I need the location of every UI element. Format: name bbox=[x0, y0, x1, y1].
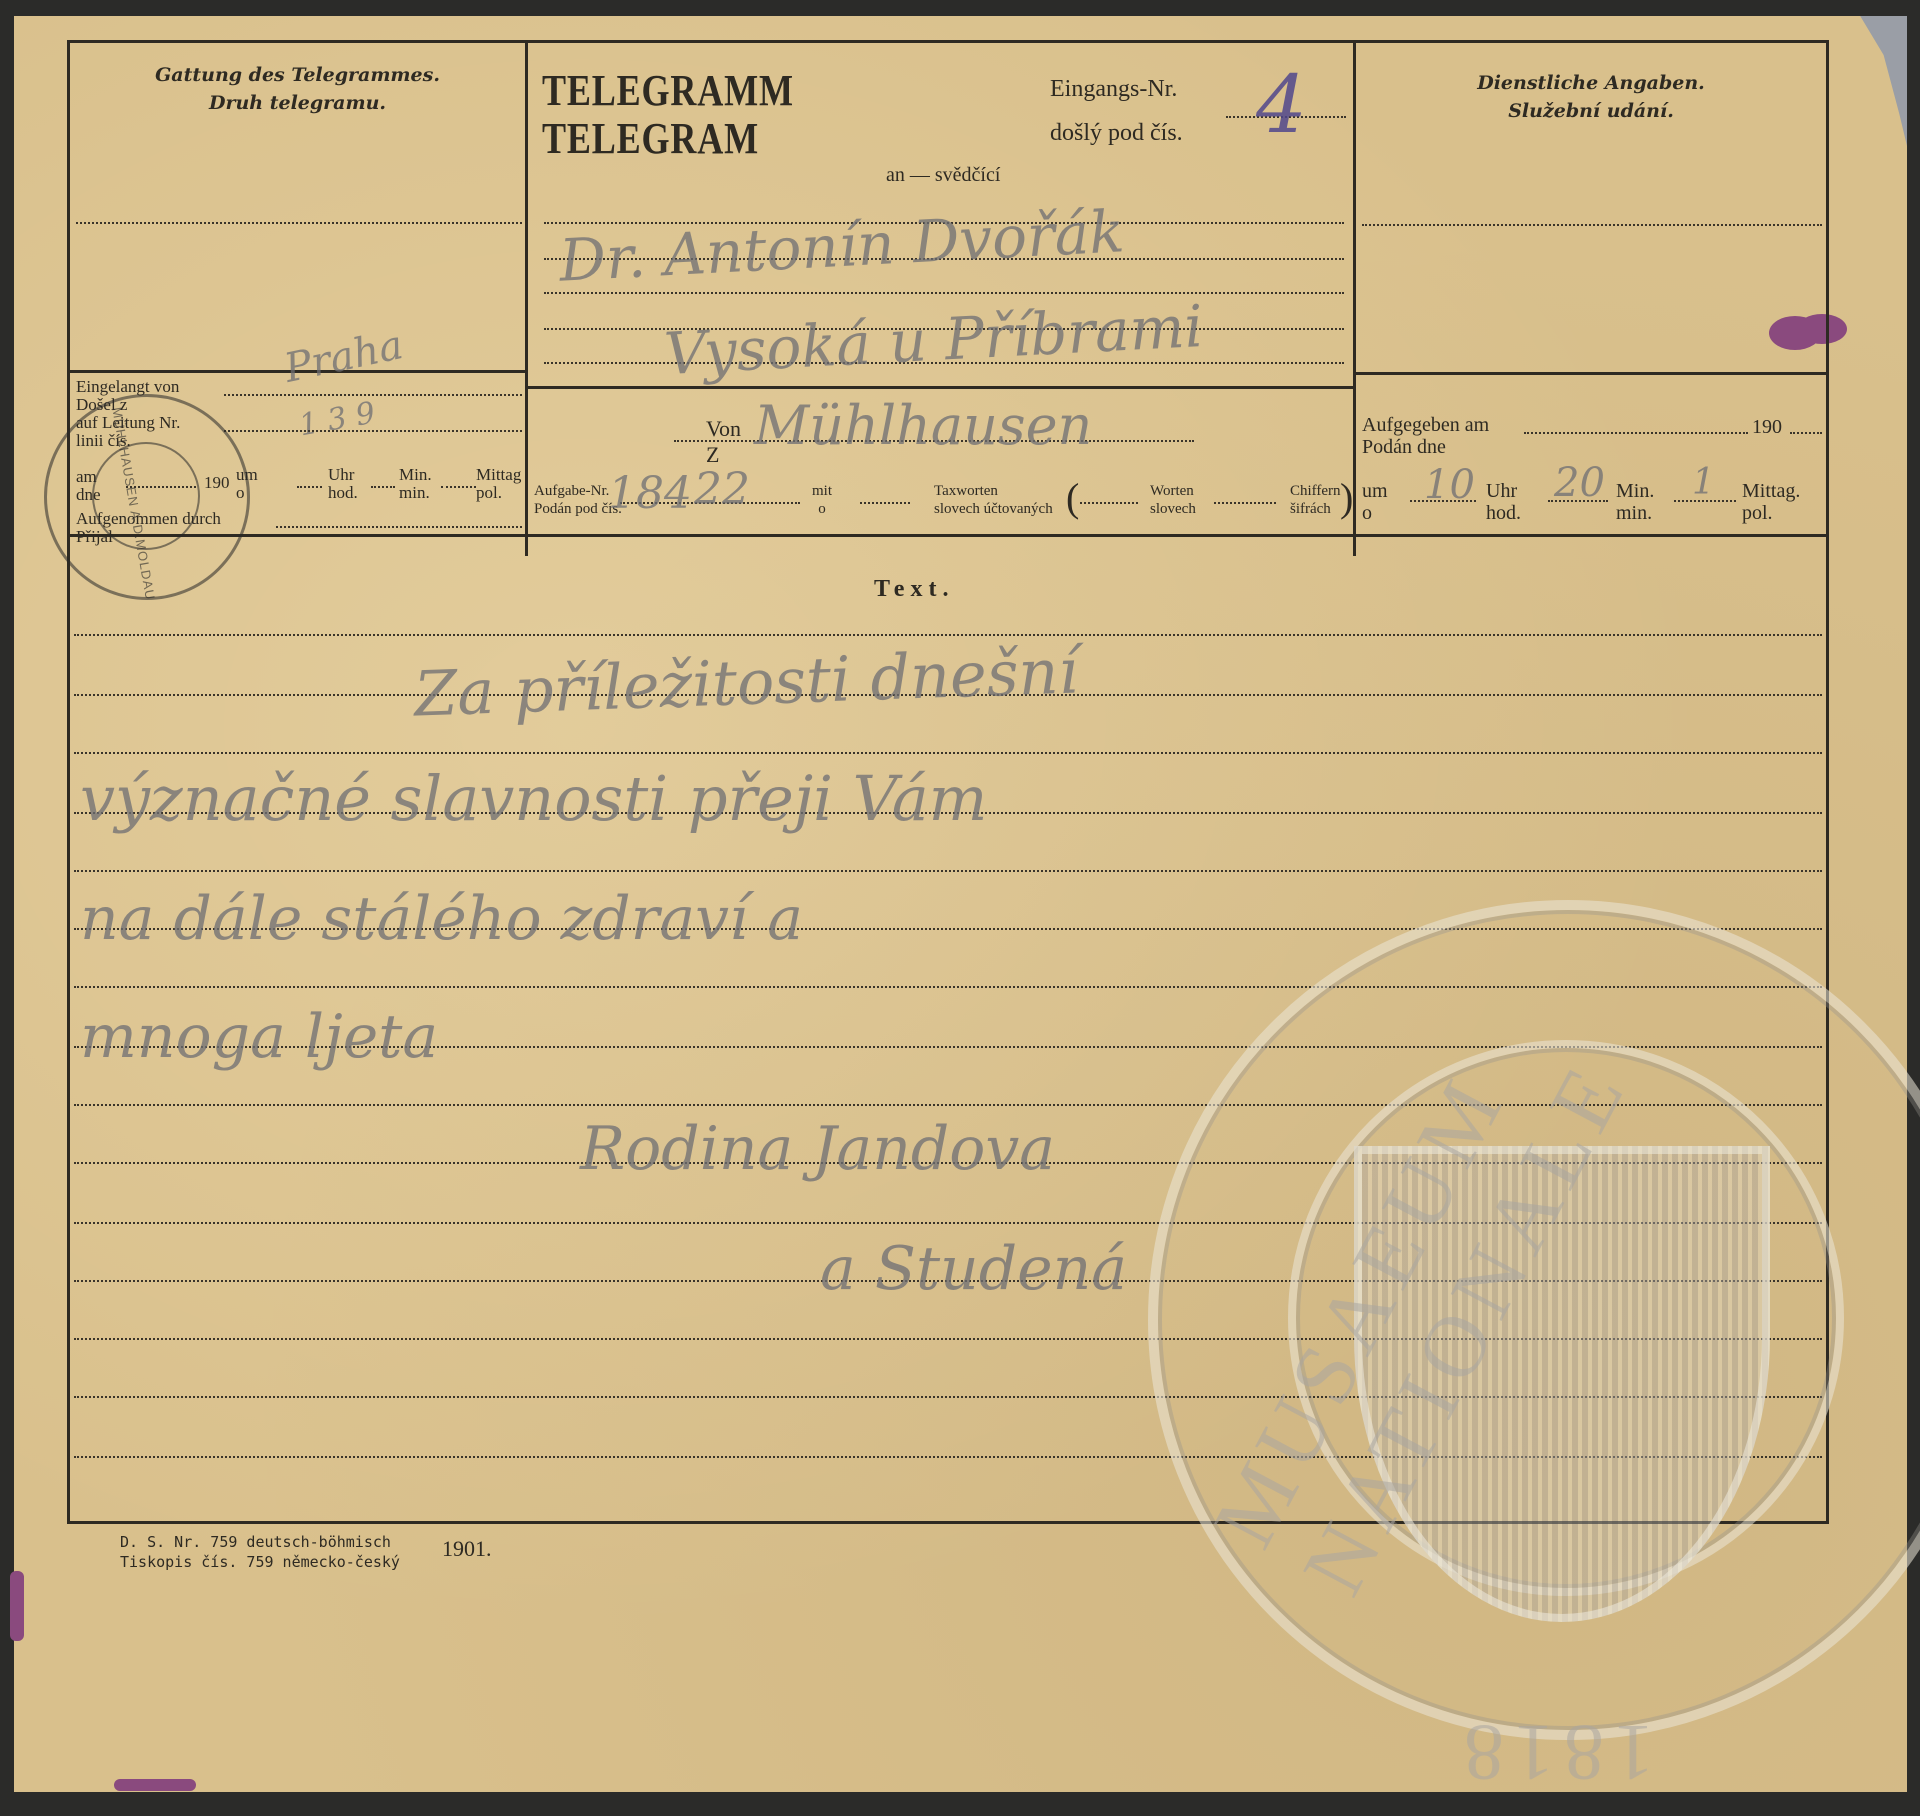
handwritten-noon: 1 bbox=[1692, 462, 1715, 503]
torn-corner bbox=[1855, 16, 1907, 146]
message-line-3[interactable] bbox=[74, 752, 1822, 754]
telegram-type-title-de: Gattung des Telegrammes. bbox=[70, 64, 525, 86]
close-paren: ) bbox=[1340, 478, 1353, 518]
received-from-field[interactable] bbox=[224, 394, 522, 396]
telegram-title-de: TELEGRAMM bbox=[542, 68, 794, 114]
center-section-rule bbox=[525, 386, 1353, 389]
open-paren: ( bbox=[1066, 478, 1079, 518]
handwritten-message-line-2: význačné slavnosti přeji Vám bbox=[80, 762, 987, 835]
handwritten-word-count: 22 bbox=[694, 464, 750, 515]
words-label: Worten slovech bbox=[1150, 482, 1196, 518]
service-notes-title-cs: Služební udání. bbox=[1356, 100, 1826, 122]
form-year: 1901. bbox=[442, 1536, 492, 1562]
message-line-5[interactable] bbox=[74, 870, 1822, 872]
handwritten-message-line-3: na dále stálého zdraví a bbox=[80, 884, 803, 954]
received-time-field[interactable] bbox=[297, 486, 322, 488]
received-by-field[interactable] bbox=[276, 526, 522, 528]
handwritten-minute: 20 bbox=[1554, 460, 1605, 506]
sender-label: Von Z bbox=[706, 416, 741, 468]
museum-seal-year: 1818 bbox=[1454, 1706, 1654, 1797]
received-hour-label: Uhr hod. bbox=[328, 466, 358, 502]
telegram-type-field[interactable] bbox=[76, 222, 522, 224]
form-number-de: D. S. Nr. 759 deutsch-böhmisch bbox=[120, 1533, 391, 1551]
words-field[interactable] bbox=[1080, 502, 1138, 504]
handwritten-sender-place: Mühlhausen bbox=[754, 394, 1092, 457]
received-from-de: Eingelangt von bbox=[76, 377, 179, 396]
handwritten-message-signature: Rodina Jandova bbox=[580, 1114, 1055, 1184]
header-bottom-rule bbox=[67, 534, 1829, 537]
telegram-type-title-cs: Druh telegramu. bbox=[70, 92, 525, 114]
handwritten-hour: 10 bbox=[1424, 462, 1475, 508]
cipher-label: Chiffern šifrách bbox=[1290, 482, 1341, 518]
submitted-year-prefix: 190 bbox=[1752, 416, 1782, 439]
telegram-title-cs: TELEGRAM bbox=[542, 116, 759, 162]
right-section-rule bbox=[1353, 372, 1829, 375]
handwritten-message-signature-place: a Studená bbox=[820, 1234, 1127, 1304]
service-notes-field[interactable] bbox=[1362, 224, 1822, 226]
purple-ink-edge-mark bbox=[114, 1779, 196, 1791]
addressee-label: an — svědčící bbox=[886, 164, 1000, 187]
submitted-date-field[interactable] bbox=[1524, 432, 1748, 434]
with-label: mit o bbox=[812, 482, 832, 518]
form-number: D. S. Nr. 759 deutsch-böhmisch Tiskopis … bbox=[120, 1532, 400, 1572]
handwritten-receipt-number: 4 bbox=[1256, 58, 1307, 151]
message-line-1[interactable] bbox=[74, 634, 1822, 636]
addressee-line-3[interactable] bbox=[544, 292, 1344, 294]
receipt-number-label-cs: došlý pod čís. bbox=[1050, 120, 1183, 147]
submitted-noon-label: Mittag. pol. bbox=[1742, 480, 1800, 524]
text-section-heading: Text. bbox=[874, 576, 954, 603]
submitted-time-label: um o bbox=[1362, 480, 1388, 524]
with-field[interactable] bbox=[860, 502, 910, 504]
received-minute-field[interactable] bbox=[441, 486, 476, 488]
cipher-field[interactable] bbox=[1214, 502, 1276, 504]
received-noon-label: Mittag pol. bbox=[476, 466, 521, 502]
service-notes-title-de: Dienstliche Angaben. bbox=[1356, 72, 1826, 94]
receipt-number-label-de: Eingangs-Nr. bbox=[1050, 76, 1177, 103]
handwritten-dispatch-number: 184 bbox=[608, 468, 692, 519]
received-minute-label: Min. min. bbox=[399, 466, 432, 502]
line-number-field[interactable] bbox=[224, 430, 522, 432]
form-number-cs: Tiskopis čís. 759 německo-český bbox=[120, 1553, 400, 1571]
handwritten-message-line-4: mnoga ljeta bbox=[80, 1002, 438, 1072]
purple-ink-edge-mark bbox=[10, 1571, 24, 1641]
submitted-minute-label: Min. min. bbox=[1616, 480, 1654, 524]
telegram-paper: Gattung des Telegrammes. Druh telegramu.… bbox=[14, 16, 1907, 1792]
submitted-hour-label: Uhr hod. bbox=[1486, 480, 1521, 524]
header-divider-left bbox=[525, 40, 528, 556]
submitted-date-label: Aufgegeben am Podán dne bbox=[1362, 414, 1489, 458]
tax-words-label: Taxworten slovech účtovaných bbox=[934, 482, 1053, 518]
submitted-year-field[interactable] bbox=[1790, 432, 1822, 434]
received-hour-field[interactable] bbox=[371, 486, 395, 488]
